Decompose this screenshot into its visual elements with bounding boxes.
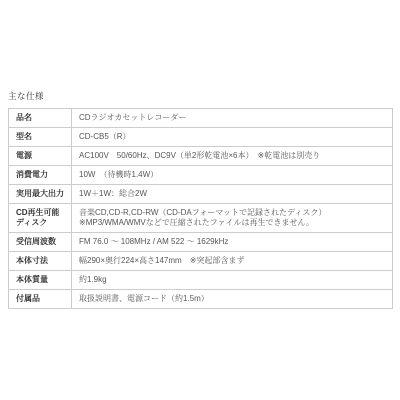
spec-value: FM 76.0 ～ 108MHz / AM 522 ～ 1629kHz <box>72 233 393 252</box>
spec-value: 幅290×奥行224×高さ147mm ※突起部含まず <box>72 252 393 271</box>
spec-value: 約1.9kg <box>72 271 393 290</box>
spec-row-power-source: 電源 AC100V 50/60Hz、DC9V（単2形乾電池×6本） ※乾電池は別… <box>9 147 393 166</box>
spec-value: 音楽CD,CD-R,CD-RW（CD-DAフォーマットで記録されたディスク） ※… <box>72 204 393 233</box>
spec-row-max-output: 実用最大出力 1W＋1W：総合2W <box>9 185 393 204</box>
spec-row-playable-discs: CD再生可能ディスク 音楽CD,CD-R,CD-RW（CD-DAフォーマットで記… <box>9 204 393 233</box>
spec-value: 10W （待機時1.4W） <box>72 166 393 185</box>
spec-label: 電源 <box>9 147 72 166</box>
spec-row-weight: 本体質量 約1.9kg <box>9 271 393 290</box>
spec-row-reception-frequency: 受信周波数 FM 76.0 ～ 108MHz / AM 522 ～ 1629kH… <box>9 233 393 252</box>
product-spec-section: 主な仕様 品名 CDラジオカセットレコーダー 型名 CD-CB5（R） 電源 A… <box>0 0 400 400</box>
spec-value: CDラジオカセットレコーダー <box>72 109 393 128</box>
spec-label: 実用最大出力 <box>9 185 72 204</box>
spec-row-model-name: 型名 CD-CB5（R） <box>9 128 393 147</box>
spec-label: 品名 <box>9 109 72 128</box>
spec-value: CD-CB5（R） <box>72 128 393 147</box>
spec-label: 型名 <box>9 128 72 147</box>
spec-value: 1W＋1W：総合2W <box>72 185 393 204</box>
spec-row-product-name: 品名 CDラジオカセットレコーダー <box>9 109 393 128</box>
spec-label: 付属品 <box>9 290 72 309</box>
spec-table: 品名 CDラジオカセットレコーダー 型名 CD-CB5（R） 電源 AC100V… <box>8 108 393 309</box>
spec-label: 本体質量 <box>9 271 72 290</box>
spec-value: AC100V 50/60Hz、DC9V（単2形乾電池×6本） ※乾電池は別売り <box>72 147 393 166</box>
section-title: 主な仕様 <box>8 91 393 101</box>
spec-row-accessories: 付属品 取扱説明書、電源コード（約1.5m） <box>9 290 393 309</box>
spec-label: 消費電力 <box>9 166 72 185</box>
spec-value: 取扱説明書、電源コード（約1.5m） <box>72 290 393 309</box>
spec-label: 受信周波数 <box>9 233 72 252</box>
spec-row-dimensions: 本体寸法 幅290×奥行224×高さ147mm ※突起部含まず <box>9 252 393 271</box>
spec-row-power-consumption: 消費電力 10W （待機時1.4W） <box>9 166 393 185</box>
spec-label: CD再生可能ディスク <box>9 204 72 233</box>
spec-label: 本体寸法 <box>9 252 72 271</box>
